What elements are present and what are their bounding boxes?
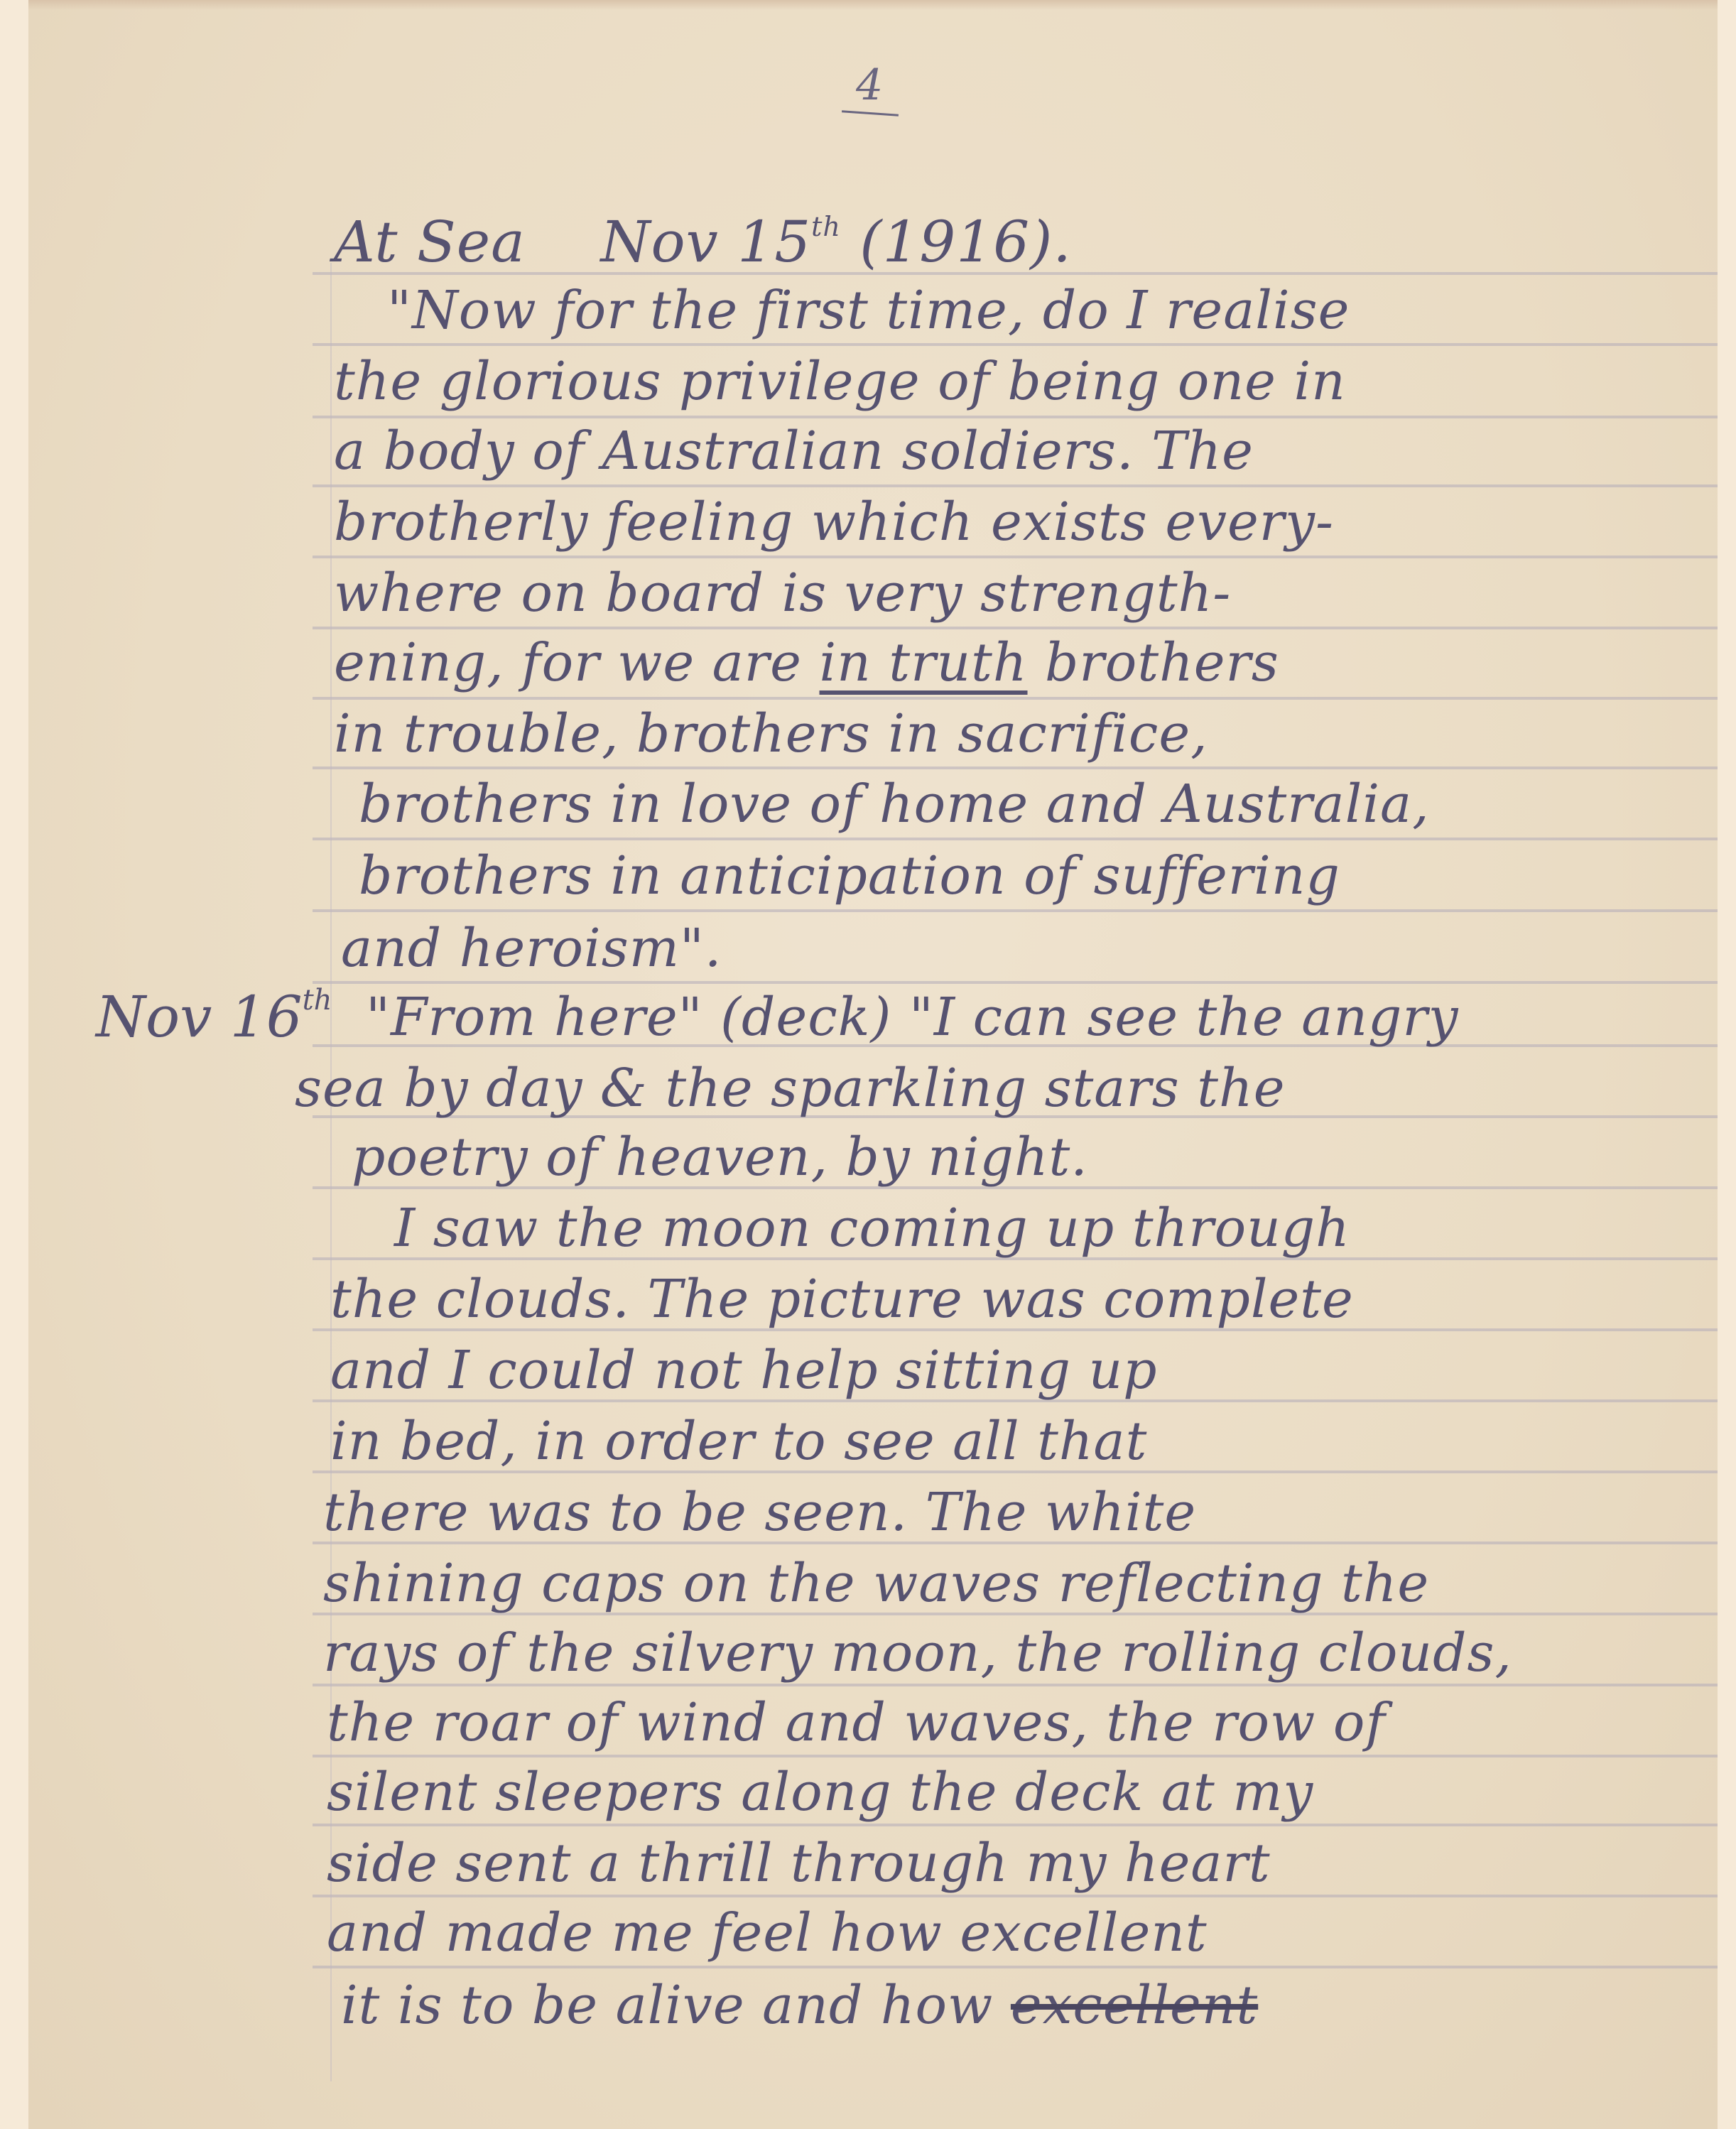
text-line: there was to be seen. The white (323, 1486, 1196, 1539)
text-segment: ening, for we are (334, 632, 820, 693)
text-line: side sent a thrill through my heart (327, 1837, 1271, 1890)
ruled-line (313, 1824, 1718, 1826)
text-line: I saw the moon coming up through (394, 1202, 1350, 1255)
ruled-line (313, 627, 1718, 629)
ruled-line (313, 416, 1718, 418)
text-line: where on board is very strength- (334, 567, 1231, 619)
text-line: and made me feel how excellent (327, 1907, 1208, 1959)
text-line: the clouds. The picture was complete (330, 1273, 1354, 1326)
heading-year: (1916). (859, 209, 1071, 275)
text-line: "Now for the first time, do I realise (387, 284, 1350, 337)
text-line: and I could not help sitting up (330, 1344, 1158, 1397)
text-line: rays of the silvery moon, the rolling cl… (323, 1627, 1512, 1679)
text-line: brothers in love of home and Australia, (359, 778, 1430, 830)
text-segment: it is to be alive and how (341, 1975, 1011, 2036)
underlined-phrase: in truth (820, 632, 1028, 693)
heading-date-suffix: th (811, 211, 841, 242)
heading-date: Nov 15 (601, 209, 812, 275)
text-line: the roar of wind and waves, the row of (327, 1696, 1386, 1749)
ruled-line (313, 909, 1718, 912)
text-line: brotherly feeling which exists every- (334, 496, 1334, 548)
ruled-line (313, 838, 1718, 840)
text-line: it is to be alive and how excellent (341, 1979, 1258, 2032)
text-segment: brothers (1028, 632, 1279, 693)
text-line: brothers in anticipation of suffering (359, 850, 1340, 902)
ruled-line (313, 343, 1718, 346)
page-number: 4 (856, 60, 883, 110)
text-line: silent sleepers along the deck at my (327, 1766, 1313, 1819)
margin-date-suffix: th (303, 984, 332, 1017)
ruled-line (313, 981, 1718, 984)
heading-place: At Sea (334, 209, 526, 275)
text-line: "From here" (deck) "I can see the angry (366, 991, 1459, 1044)
ruled-line (313, 1895, 1718, 1897)
text-line: in trouble, brothers in sacrifice, (334, 708, 1208, 760)
ruled-line (313, 1684, 1718, 1686)
text-line: and heroism". (341, 922, 722, 975)
margin-date-text: Nov 16 (96, 984, 303, 1050)
ruled-line (313, 1966, 1718, 1968)
struck-word: excellent (1011, 1975, 1258, 2036)
text-line: ening, for we are in truth brothers (334, 636, 1279, 689)
ruled-line (313, 766, 1718, 769)
text-line: shining caps on the waves reflecting the (323, 1557, 1429, 1610)
text-line: sea by day & the sparkling stars the (295, 1062, 1286, 1115)
text-line: the glorious privilege of being one in (334, 355, 1346, 408)
text-line: in bed, in order to see all that (330, 1415, 1147, 1468)
ruled-line (313, 484, 1718, 487)
text-line: poetry of heaven, by night. (352, 1131, 1088, 1183)
ruled-line (313, 697, 1718, 700)
entry-heading: At Sea Nov 15th (1916). (334, 213, 1072, 271)
ruled-line (313, 1755, 1718, 1757)
margin-date: Nov 16th (96, 984, 332, 1050)
text-line: a body of Australian soldiers. The (334, 425, 1254, 477)
ruled-line (313, 556, 1718, 558)
page-edge-shadow (28, 0, 1718, 10)
